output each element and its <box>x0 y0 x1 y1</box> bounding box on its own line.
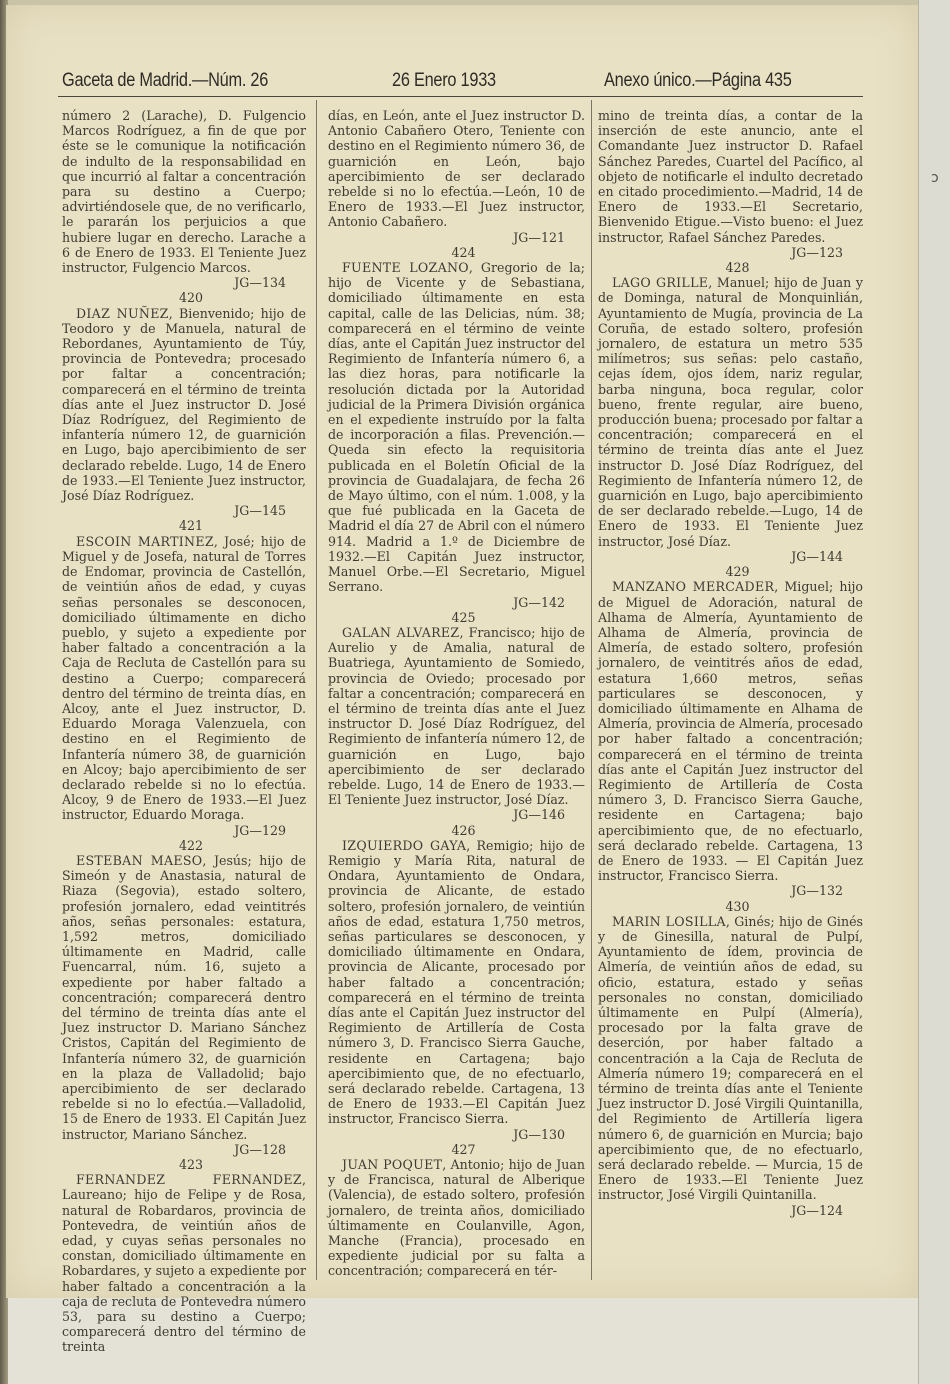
header-rule <box>58 96 863 97</box>
notice-body: , Ginés; hijo de Ginés y de Ginesilla, n… <box>598 914 863 1203</box>
notice-text: mino de treinta días, a contar de la ins… <box>598 108 863 245</box>
reference-code: JG—130 <box>328 1127 585 1142</box>
column-divider <box>316 100 317 1280</box>
notice-body: , Manuel; hijo de Juan y de Dominga, nat… <box>598 275 863 548</box>
notice-text: ESTEBAN MAESO, Jesús; hijo de Simeón y d… <box>62 853 306 1142</box>
column-1: número 2 (Larache), D. Fulgencio Marcos … <box>62 108 306 1355</box>
notice-number: 420 <box>62 290 306 305</box>
notice-body: , Bienvenido; hijo de Teodoro y de Manue… <box>62 306 306 503</box>
column-3: mino de treinta días, a contar de la ins… <box>598 108 863 1218</box>
reference-code: JG—146 <box>328 807 585 822</box>
publication-issue: Gaceta de Madrid.—Núm. 26 <box>62 70 268 92</box>
page-number: Anexo único.—Página 435 <box>604 70 792 92</box>
notice-number: 430 <box>598 899 863 914</box>
notice-body: , Remigio; hijo de Remigio y María Rita,… <box>328 838 585 1127</box>
notice-number: 428 <box>598 260 863 275</box>
notice-body: , Jesús; hijo de Simeón y de Anastasia, … <box>62 853 306 1142</box>
notice-number: 422 <box>62 838 306 853</box>
notice-body: días, en León, ante el Juez instructor D… <box>328 108 585 229</box>
reference-code: JG—132 <box>598 883 863 898</box>
notice-number: 425 <box>328 610 585 625</box>
notice-number: 421 <box>62 518 306 533</box>
notice-text: MANZANO MERCADER, Miguel; hijo de Miguel… <box>598 579 863 883</box>
handwritten-margin-mark: ↄ <box>931 170 939 186</box>
person-name: ESTEBAN MAESO <box>76 853 202 868</box>
notice-text: ESCOIN MARTINEZ, José; hijo de Miguel y … <box>62 534 306 823</box>
person-name: FERNANDEZ FERNANDEZ <box>76 1172 302 1187</box>
notice-body: número 2 (Larache), D. Fulgencio Marcos … <box>62 108 306 275</box>
reference-code: JG—124 <box>598 1203 863 1218</box>
notice-text: JUAN POQUET, Antonio; hijo de Juan y de … <box>328 1157 585 1279</box>
notice-text: LAGO GRILLE, Manuel; hijo de Juan y de D… <box>598 275 863 549</box>
person-name: JUAN POQUET <box>342 1157 442 1172</box>
notice-body: mino de treinta días, a contar de la ins… <box>598 108 863 245</box>
person-name: MARIN LOSILLA <box>612 914 726 929</box>
person-name: IZQUIERDO GAYA <box>342 838 466 853</box>
notice-body: , Miguel; hijo de Miguel de Adoración, n… <box>598 579 863 883</box>
notice-body: , José; hijo de Miguel y de Josefa, natu… <box>62 534 306 823</box>
notice-body: , Laureano; hijo de Felipe y de Rosa, na… <box>62 1172 306 1354</box>
person-name: DIAZ NUÑEZ <box>76 306 169 321</box>
person-name: GALAN ALVAREZ <box>342 625 459 640</box>
adjacent-page-edge: ↄ <box>918 0 950 1384</box>
reference-code: JG—121 <box>328 230 585 245</box>
reference-code: JG—123 <box>598 245 863 260</box>
person-name: ESCOIN MARTINEZ <box>76 534 214 549</box>
notice-text: DIAZ NUÑEZ, Bienvenido; hijo de Teodoro … <box>62 306 306 504</box>
notice-text: MARIN LOSILLA, Ginés; hijo de Ginés y de… <box>598 914 863 1203</box>
notice-number: 429 <box>598 564 863 579</box>
page-header: Gaceta de Madrid.—Núm. 26 26 Enero 1933 … <box>62 66 862 96</box>
reference-code: JG—142 <box>328 595 585 610</box>
notice-text: días, en León, ante el Juez instructor D… <box>328 108 585 230</box>
notice-body: , Francisco; hijo de Aurelio y de Amalia… <box>328 625 585 807</box>
reference-code: JG—144 <box>598 549 863 564</box>
reference-code: JG—134 <box>62 275 306 290</box>
reference-code: JG—128 <box>62 1142 306 1157</box>
notice-number: 426 <box>328 823 585 838</box>
notice-body: , Antonio; hijo de Juan y de Francisca, … <box>328 1157 585 1278</box>
notice-number: 423 <box>62 1157 306 1172</box>
notice-body: , Gregorio de la; hijo de Vicente y de S… <box>328 260 585 594</box>
column-2: días, en León, ante el Juez instructor D… <box>328 108 585 1279</box>
person-name: MANZANO MERCADER <box>612 579 774 594</box>
person-name: LAGO GRILLE <box>612 275 708 290</box>
notice-number: 427 <box>328 1142 585 1157</box>
reference-code: JG—129 <box>62 823 306 838</box>
person-name: FUENTE LOZANO <box>342 260 469 275</box>
notice-text: IZQUIERDO GAYA, Remigio; hijo de Remigio… <box>328 838 585 1127</box>
notice-text: FUENTE LOZANO, Gregorio de la; hijo de V… <box>328 260 585 594</box>
notice-text: GALAN ALVAREZ, Francisco; hijo de Aureli… <box>328 625 585 807</box>
column-divider <box>591 100 592 1280</box>
notice-text: FERNANDEZ FERNANDEZ, Laureano; hijo de F… <box>62 1172 306 1354</box>
publication-date: 26 Enero 1933 <box>392 70 496 92</box>
reference-code: JG—145 <box>62 503 306 518</box>
notice-text: número 2 (Larache), D. Fulgencio Marcos … <box>62 108 306 275</box>
notice-number: 424 <box>328 245 585 260</box>
